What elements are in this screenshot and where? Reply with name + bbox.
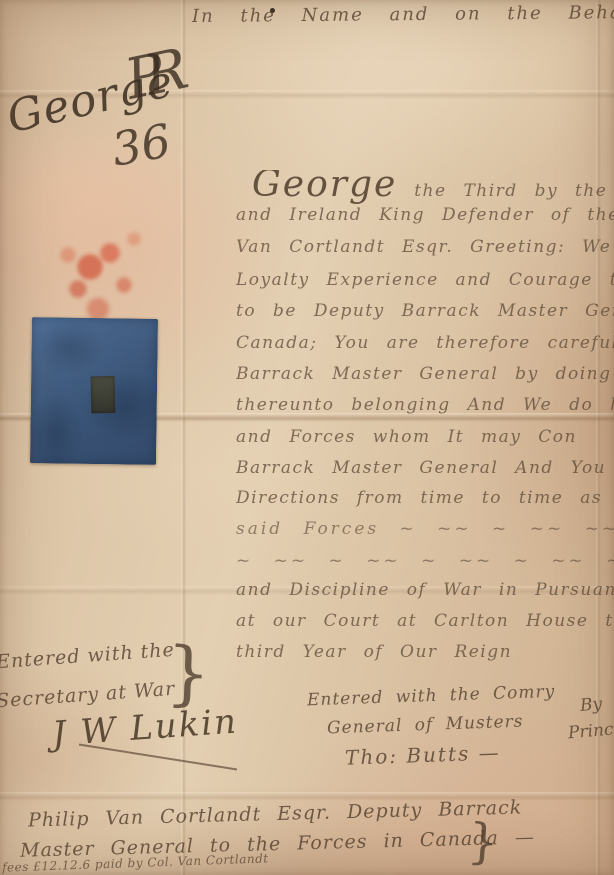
docket-number: 36 — [108, 113, 175, 176]
war-office-brace: } — [165, 637, 212, 709]
war-office-entry-line-1: Entered with the — [0, 639, 175, 673]
opening-word: George — [252, 170, 397, 205]
document-scan: In the Name and on the Behalf George PR … — [0, 0, 614, 875]
muster-entry-line-1: Entered with the Comry — [307, 682, 556, 711]
body-line-filler: ~ ~~ ~ ~~ ~ ~~ ~ ~~ ~ ~~ ~ ~~ — [236, 551, 614, 571]
header-line: In the Name and on the Behalf — [192, 2, 614, 27]
blue-paper-seal — [30, 317, 158, 465]
body-line: Barrack Master General by doing — [236, 364, 611, 384]
docket-brace: } — [466, 817, 500, 867]
muster-entry-signature: Tho: Butts — — [345, 740, 501, 769]
signature-flourish — [79, 743, 237, 770]
body-line: Canada; You are therefore carefully — [236, 333, 614, 353]
body-line: George the Third by the Gra — [252, 170, 614, 205]
body-line: Barrack Master General And You — [236, 458, 606, 478]
war-office-signature: J W Lukin — [51, 702, 239, 755]
body-line: to be Deputy Barrack Master Gene — [236, 301, 614, 321]
body-line-text: the Third by the Gra — [414, 181, 614, 201]
muster-entry-line-2: General of Musters — [327, 712, 524, 739]
body-line: Van Cortlandt Esqr. Greeting: We C — [236, 237, 614, 257]
docket-line-1: Philip Van Cortlandt Esqr. Deputy Barrac… — [28, 797, 523, 832]
body-line: Directions from time to time as — [236, 488, 602, 508]
right-fragment-1: By — [579, 694, 603, 716]
body-line-filler: said Forces ~ ~~ ~ ~~ ~~ ~ ~~ — [236, 519, 614, 539]
right-fragment-2: Prince — [567, 719, 614, 744]
body-line: at our Court at Carlton House th — [236, 611, 614, 631]
commission-body: George the Third by the Gra and Ireland … — [236, 170, 614, 680]
body-line: and Discipline of War in Pursuan — [236, 580, 614, 600]
body-line: and Forces whom It may Con — [236, 427, 577, 447]
body-line: third Year of Our Reign — [236, 642, 512, 662]
seal-embossed-mark — [91, 376, 116, 413]
body-line: Loyalty Experience and Courage to — [236, 270, 614, 290]
body-line: thereunto belonging And We do here — [236, 395, 614, 415]
body-line: and Ireland King Defender of the — [236, 205, 614, 225]
